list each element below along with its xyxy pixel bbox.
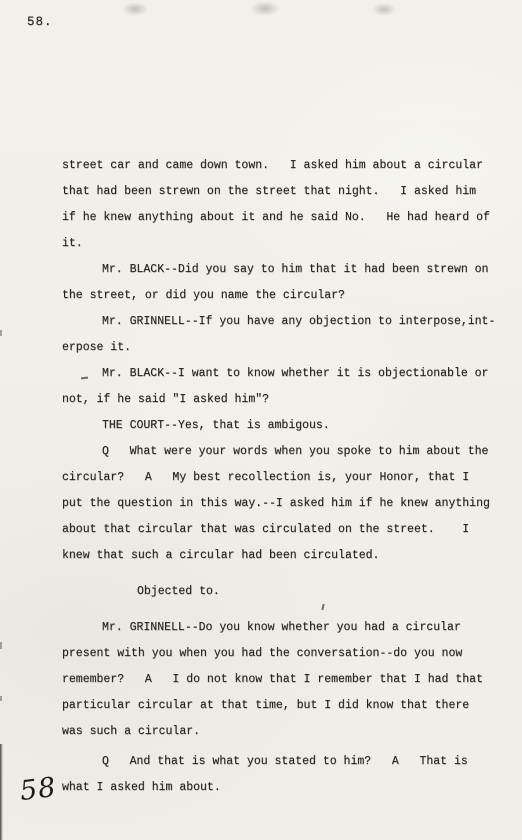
transcript-line: what I asked him about.: [62, 775, 508, 801]
transcript-line: circular? A My best recollection is, you…: [62, 465, 508, 491]
transcript-line: Q What were your words when you spoke to…: [62, 439, 508, 465]
transcript-body: street car and came down town. I asked h…: [62, 153, 508, 801]
transcript-line: if he knew anything about it and he said…: [62, 205, 508, 231]
transcript-line: not, if he said "I asked him"?: [62, 387, 508, 413]
transcript-line: Objected to.: [62, 579, 508, 605]
transcript-line: Q And that is what you stated to him? A …: [62, 749, 508, 775]
scan-smudge: [372, 3, 396, 16]
transcript-line: that had been strewn on the street that …: [62, 179, 508, 205]
transcript-line: Mr. BLACK--I want to know whether it is …: [62, 361, 508, 387]
scanned-transcript-page: 58. street car and came down town. I ask…: [0, 0, 522, 840]
handwritten-page-number: 58: [18, 772, 58, 807]
scan-edge-speck: [0, 696, 2, 701]
transcript-line: particular circular at that time, but I …: [62, 693, 508, 719]
transcript-line: about that circular that was circulated …: [62, 517, 508, 543]
transcript-line: put the question in this way.--I asked h…: [62, 491, 508, 517]
transcript-line: Mr. BLACK--Did you say to him that it ha…: [62, 257, 508, 283]
transcript-line: remember? A I do not know that I remembe…: [62, 667, 508, 693]
scan-edge-speck: [0, 642, 2, 649]
transcript-line: Mr. GRINNELL--Do you know whether you ha…: [62, 615, 508, 641]
transcript-line: it.: [62, 231, 508, 257]
transcript-line: was such a circular.: [62, 719, 508, 745]
scan-edge-artifact: [0, 744, 3, 840]
transcript-line: erpose it.: [62, 335, 508, 361]
scan-smudge: [250, 1, 280, 16]
page-number-top: 58.: [27, 15, 53, 29]
scan-smudge: [122, 2, 148, 16]
transcript-line: Mr. GRINNELL--If you have any objection …: [62, 309, 508, 335]
transcript-line: the street, or did you name the circular…: [62, 283, 508, 309]
transcript-line: present with you when you had the conver…: [62, 641, 508, 667]
scan-edge-speck: [0, 330, 2, 336]
transcript-line: street car and came down town. I asked h…: [62, 153, 508, 179]
transcript-line: knew that such a circular had been circu…: [62, 543, 508, 569]
transcript-line: THE COURT--Yes, that is ambigous.: [62, 413, 508, 439]
